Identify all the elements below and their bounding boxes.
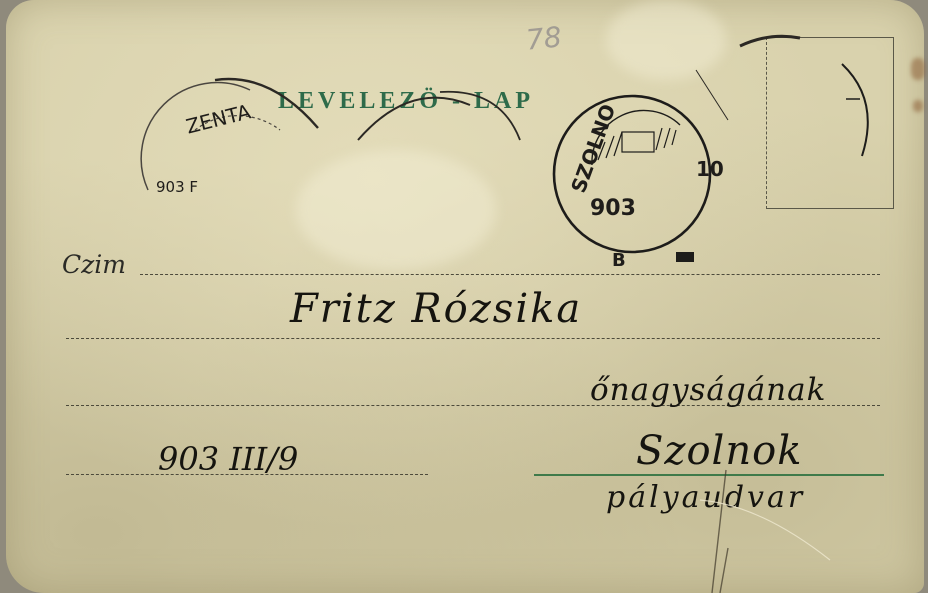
postmarks-layer: ZENTA 903 F SZOLNO 903 10 B — [0, 0, 928, 593]
svg-text:SZOLNO: SZOLNO — [566, 101, 620, 196]
cancel-arc — [842, 64, 868, 156]
svg-text:ZENTA: ZENTA — [184, 99, 254, 138]
crease-line — [712, 470, 728, 593]
svg-text:B: B — [612, 250, 626, 271]
zenta-postmark: ZENTA 903 F — [141, 79, 520, 196]
svg-text:10: 10 — [696, 157, 724, 181]
cancel-arc — [740, 36, 800, 46]
svg-text:903: 903 — [590, 196, 636, 221]
szolnok-postmark: SZOLNO 903 10 B — [554, 70, 728, 271]
svg-text:903 F: 903 F — [156, 178, 198, 196]
